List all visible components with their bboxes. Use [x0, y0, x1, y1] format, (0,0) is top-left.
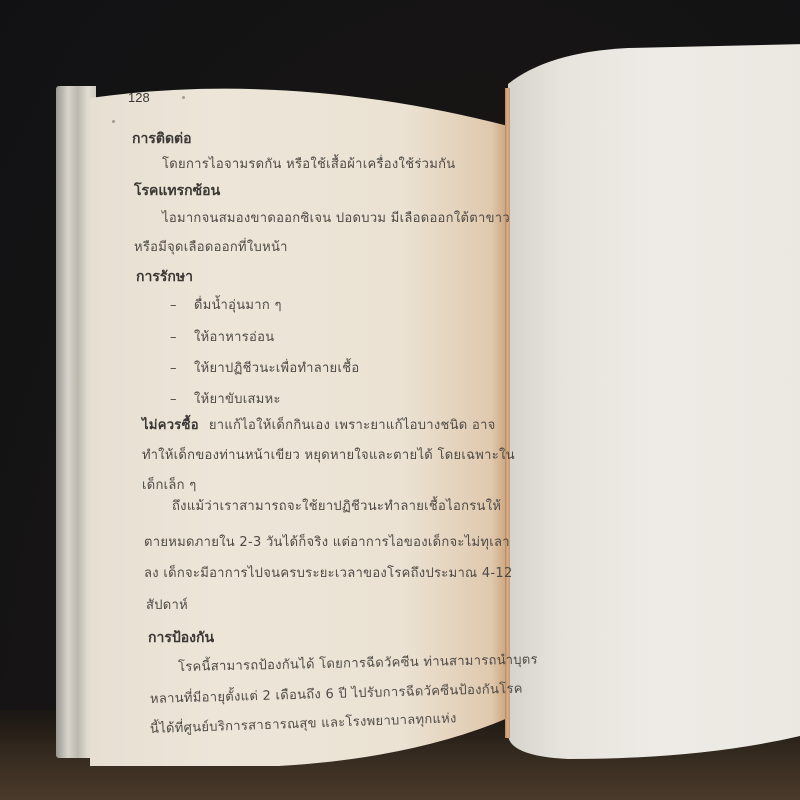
- treatment-item: –ให้ยาขับเสมหะ: [170, 388, 281, 409]
- heading-prevention: การป้องกัน: [148, 627, 214, 649]
- treatment-item: –ให้ยาปฏิชีวนะเพื่อทำลายเชื้อ: [170, 357, 359, 378]
- note-line: ถึงแม้ว่าเราสามารถจะใช้ยาปฏิชีวนะทำลายเช…: [172, 495, 501, 516]
- dash-bullet: –: [170, 361, 194, 376]
- note-line: ลง เด็กจะมีอาการไปจนครบระยะเวลาของโรคถึง…: [144, 562, 513, 583]
- warning-line: ไม่ควรซื้อยาแก้ไอให้เด็กกินเอง เพราะยาแก…: [142, 414, 496, 435]
- heading-treatment: การรักษา: [136, 266, 193, 288]
- left-page-text: 128 การติดต่อ โดยการไอจามรดกัน หรือใช้เส…: [0, 0, 800, 800]
- complications-line: หรือมีจุดเลือดออกที่ใบหน้า: [134, 236, 288, 257]
- prevention-line: โรคนี้สามารถป้องกันได้ โดยการฉีดวัคซีน ท…: [178, 648, 538, 677]
- note-line: สัปดาห์: [146, 594, 188, 615]
- prevention-line: หลานที่มีอายุตั้งแต่ 2 เดือนถึง 6 ปี ไปร…: [150, 678, 523, 709]
- treatment-item: –ดื่มน้ำอุ่นมาก ๆ: [170, 294, 282, 315]
- warning-line: ทำให้เด็กของท่านหน้าเขียว หยุดหายใจและตา…: [142, 444, 515, 465]
- warning-label: ไม่ควรซื้อ: [142, 418, 199, 433]
- prevention-line: นี้ได้ที่ศูนย์บริการสาธารณสุข และโรงพยาบ…: [150, 707, 457, 739]
- dash-bullet: –: [170, 298, 194, 313]
- note-line: ตายหมดภายใน 2-3 วันได้ก็จริง แต่อาการไอข…: [144, 531, 510, 552]
- heading-transmission: การติดต่อ: [132, 128, 192, 150]
- transmission-text: โดยการไอจามรดกัน หรือใช้เสื้อผ้าเครื่องใ…: [162, 153, 455, 174]
- page-number: 128: [128, 90, 150, 105]
- dash-bullet: –: [170, 392, 194, 407]
- heading-complications: โรคแทรกซ้อน: [134, 180, 220, 202]
- paper-speck: [182, 96, 185, 99]
- complications-line: ไอมากจนสมองขาดออกซิเจน ปอดบวม มีเลือดออก…: [162, 207, 510, 228]
- dash-bullet: –: [170, 330, 194, 345]
- paper-speck: [112, 120, 115, 123]
- treatment-item: –ให้อาหารอ่อน: [170, 326, 274, 347]
- warning-line: เด็กเล็ก ๆ: [142, 474, 197, 495]
